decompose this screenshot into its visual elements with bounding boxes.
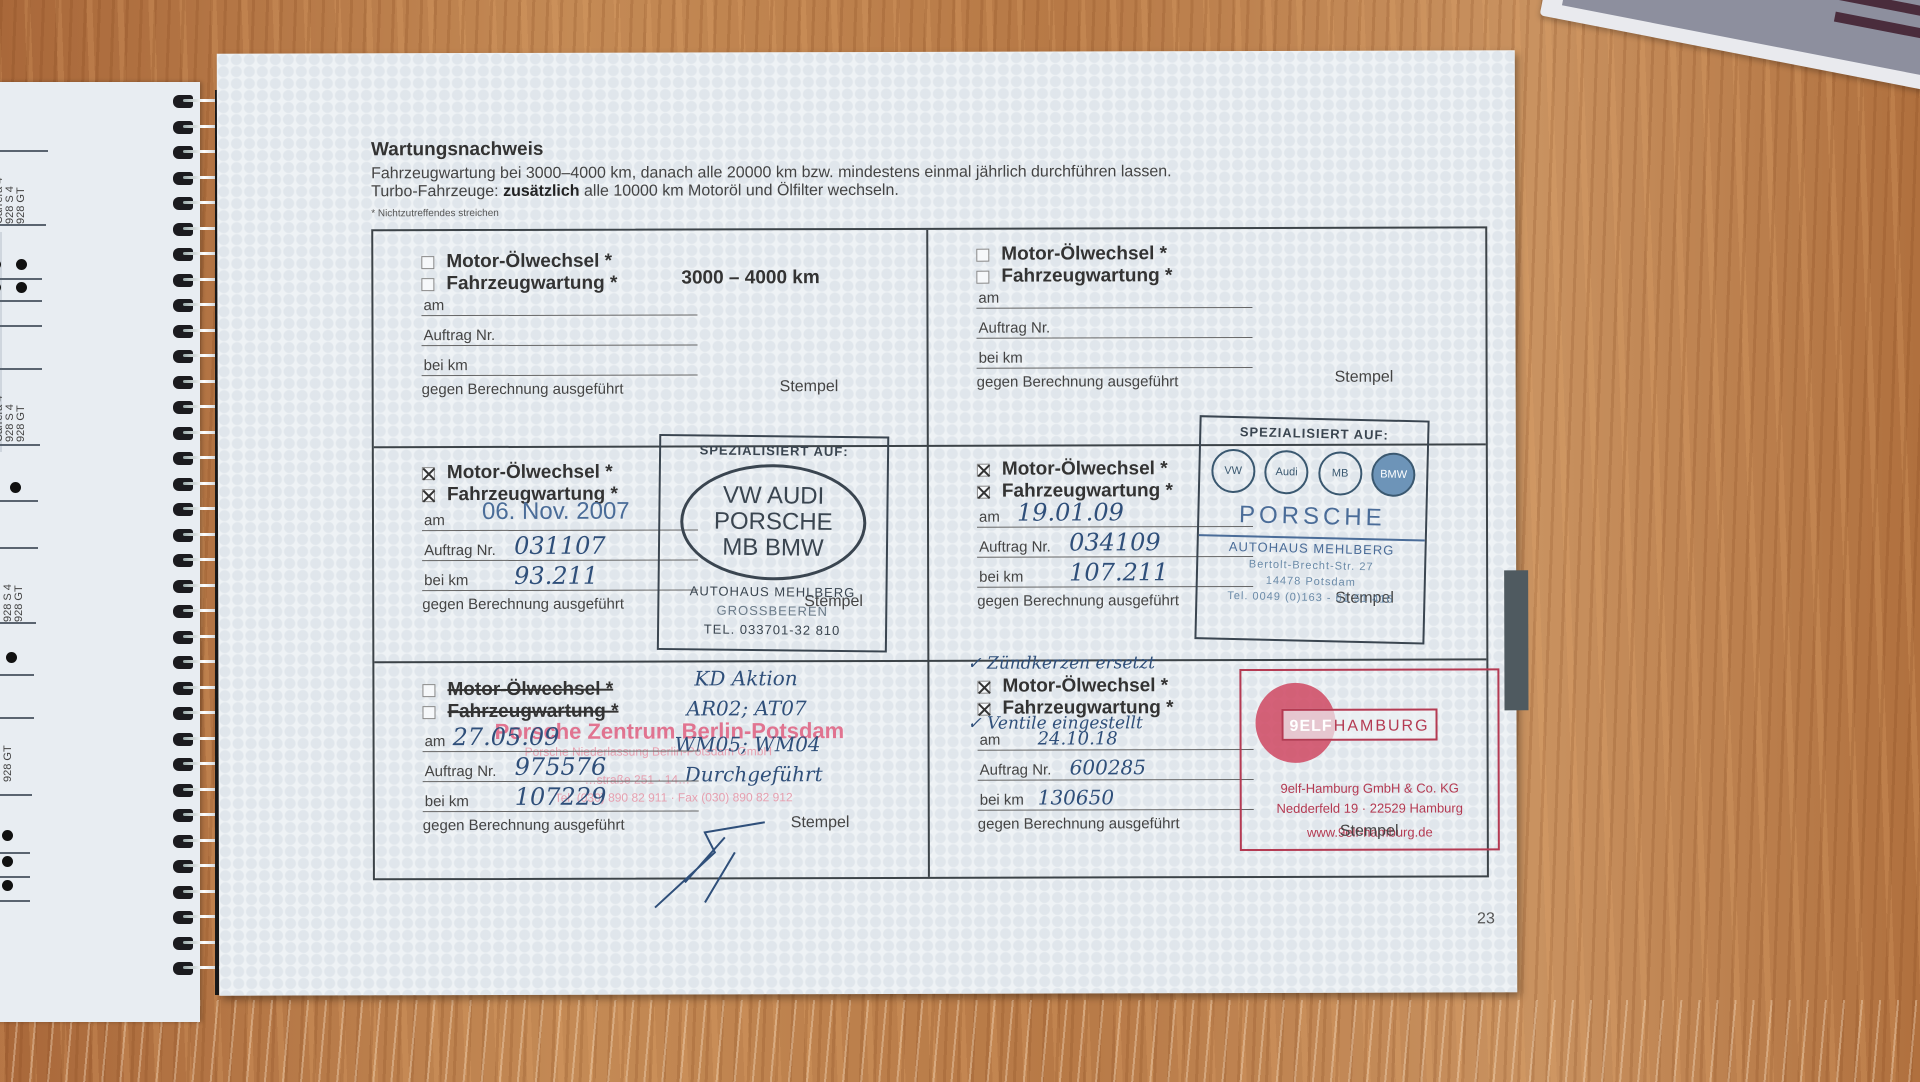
turbo-note-emphasis: zusätzlich (503, 183, 580, 200)
date-field[interactable]: am (421, 292, 697, 316)
left-page-column-label: 928 S 4 928 GT (0, 722, 14, 782)
date-field[interactable]: am06. Nov. 2007 (422, 507, 698, 531)
maintenance-entry-4: Motor-Ölwechsel * Fahrzeugwartung * am19… (929, 445, 1483, 662)
checkbox-service-checked[interactable] (422, 489, 435, 502)
spiral-coil (165, 911, 220, 925)
left-page-column-label: Carrera 4 928 S 4 928 GT (0, 372, 27, 442)
maintenance-entry-5: Motor-Ölwechsel * Fahrzeugwartung * KD A… (374, 662, 928, 879)
spiral-coil (165, 121, 220, 135)
page-title: Wartungsnachweis (371, 139, 544, 161)
porsche-wordmark: PORSCHE (1199, 500, 1426, 533)
mercedes-logo-icon: MB (1318, 451, 1363, 496)
spiral-coil (165, 401, 220, 415)
spiral-coil (165, 707, 220, 721)
date-field[interactable]: am24.10.18 (978, 727, 1254, 751)
spiral-coil (165, 274, 220, 288)
billed-label: gegen Berechnung ausgeführt (978, 815, 1180, 833)
spiral-coil (165, 452, 220, 466)
spiral-coil (165, 962, 220, 976)
turbo-note: Turbo-Fahrzeuge: zusätzlich alle 10000 k… (371, 182, 899, 201)
maintenance-entry-2: Motor-Ölwechsel * Fahrzeugwartung * am A… (928, 228, 1482, 445)
spiral-coil (165, 248, 220, 262)
spiral-coil (165, 146, 220, 160)
checkbox-oil-change[interactable] (422, 684, 435, 697)
spiral-coil (165, 682, 220, 696)
checkbox-service-checked[interactable] (977, 485, 990, 498)
signature-icon (645, 812, 785, 912)
date-field[interactable]: am27.05.09 (423, 728, 699, 752)
left-page-column-label: Carrera 4 928 S 4 928 GT (0, 552, 25, 622)
spiral-coil (165, 325, 220, 339)
maintenance-entry-1: Motor-Ölwechsel * Fahrzeugwartung * 3000… (373, 230, 927, 447)
checkbox-oil-change-checked[interactable] (977, 680, 990, 693)
checkbox-oil-change-checked[interactable] (422, 467, 435, 480)
footnote: * Nichtzutreffendes streichen (371, 208, 499, 219)
spiral-coil (165, 656, 220, 670)
oil-change-option-struck[interactable]: Motor-Ölwechsel * (422, 679, 613, 701)
billed-label: gegen Berechnung ausgeführt (422, 381, 624, 399)
stamp-label: Stempel (780, 378, 839, 396)
vw-logo-icon: VW (1211, 448, 1256, 493)
km-field[interactable]: bei km (977, 345, 1253, 369)
spiral-coil (165, 350, 220, 364)
brand-logos: VW Audi MB BMW (1206, 448, 1421, 497)
order-number-field[interactable]: Auftrag Nr. (421, 322, 697, 346)
maintenance-entry-6: ✓ Zündkerzen ersetzt Motor-Ölwechsel * F… (929, 660, 1483, 877)
intro-text: Fahrzeugwartung bei 3000–4000 km, danach… (371, 163, 1172, 183)
9elf-brand: 9ELF HAMBURG (1281, 709, 1437, 741)
billed-label: gegen Berechnung ausgeführt (977, 592, 1179, 610)
checkbox-service[interactable] (976, 270, 989, 283)
handwritten-note: Durchgeführt (685, 762, 823, 786)
spiral-coil (165, 299, 220, 313)
oil-change-option[interactable]: Motor-Ölwechsel * (421, 251, 612, 273)
date-field[interactable]: am (976, 285, 1252, 309)
spiral-coil (165, 758, 220, 772)
spiral-coil (165, 605, 220, 619)
handwritten-note: ✓ Zündkerzen ersetzt (967, 653, 1155, 673)
turbo-note-suffix: alle 10000 km Motoröl und Ölfilter wechs… (584, 182, 899, 200)
stamp-label: Stempel (1340, 823, 1399, 841)
other-booklet-corner (1540, 0, 1920, 103)
maintenance-grid: Motor-Ölwechsel * Fahrzeugwartung * 3000… (371, 226, 1489, 880)
km-field[interactable]: bei km (422, 352, 698, 376)
spiral-coil (165, 733, 220, 747)
order-number-field[interactable]: Auftrag Nr.975576 (423, 758, 699, 782)
oil-change-option[interactable]: Motor-Ölwechsel * (977, 458, 1168, 480)
spiral-coil (165, 580, 220, 594)
spiral-coil (165, 835, 220, 849)
spiral-coil (165, 554, 220, 568)
page-number: 23 (1477, 910, 1495, 928)
bmw-logo-icon: BMW (1371, 452, 1416, 497)
spiral-coil (165, 172, 220, 186)
spiral-coil (165, 860, 220, 874)
oil-change-option[interactable]: Motor-Ölwechsel * (977, 675, 1168, 697)
checkbox-service[interactable] (422, 706, 435, 719)
spiral-coil (165, 376, 220, 390)
left-page-column-label: Carrera 4 928 S 4 928 GT (0, 154, 27, 224)
spiral-coil (165, 95, 220, 109)
page-index-tab (1504, 570, 1528, 710)
stamp-label: Stempel (1335, 369, 1394, 387)
order-number-field[interactable]: Auftrag Nr.031107 (422, 537, 698, 561)
handwritten-note: KD Aktion (694, 666, 797, 690)
km-field[interactable]: bei km130650 (978, 787, 1254, 811)
order-number-field[interactable]: Auftrag Nr.600285 (978, 757, 1254, 781)
spiral-coil (165, 631, 220, 645)
spiral-coil (165, 478, 220, 492)
spiral-coil (165, 503, 220, 517)
billed-label: gegen Berechnung ausgeführt (423, 817, 625, 835)
maintenance-record-page: Wartungsnachweis Fahrzeugwartung bei 300… (217, 50, 1517, 995)
km-field[interactable]: bei km107229 (423, 788, 699, 812)
spiral-coil (165, 784, 220, 798)
spiral-coil (165, 197, 220, 211)
billed-label: gegen Berechnung ausgeführt (977, 373, 1179, 391)
checkbox-oil-change-checked[interactable] (977, 463, 990, 476)
oil-change-option[interactable]: Motor-Ölwechsel * (422, 462, 613, 484)
spiral-coil (165, 427, 220, 441)
dealer-stamp-mehlberg-potsdam: SPEZIALISIERT AUF: VW Audi MB BMW PORSCH… (1194, 415, 1429, 644)
audi-logo-icon: Audi (1264, 450, 1309, 495)
stamp-label: Stempel (791, 814, 850, 832)
turbo-note-prefix: Turbo-Fahrzeuge: (371, 183, 499, 200)
maintenance-entry-3: Motor-Ölwechsel * Fahrzeugwartung * am06… (374, 447, 928, 664)
interval-note: 3000 – 4000 km (681, 267, 819, 289)
billed-label: gegen Berechnung ausgeführt (422, 596, 624, 614)
order-number-field[interactable]: Auftrag Nr. (976, 315, 1252, 339)
brand-oval: VW AUDI PORSCHE MB BMW (680, 463, 867, 581)
spiral-coil (165, 809, 220, 823)
wood-table-surface (0, 1000, 1920, 1082)
spiral-coil (165, 529, 220, 543)
checkbox-service[interactable] (421, 278, 434, 291)
checkbox-oil-change[interactable] (421, 256, 434, 269)
spiral-coil (165, 223, 220, 237)
dealer-stamp-mehlberg-grossbeeren: SPEZIALISIERT AUF: VW AUDI PORSCHE MB BM… (657, 434, 889, 653)
handwritten-note: AR02; AT07 (686, 696, 806, 720)
checkbox-oil-change[interactable] (976, 248, 989, 261)
spiral-coil (165, 886, 220, 900)
spiral-coil (165, 937, 220, 951)
oil-change-option[interactable]: Motor-Ölwechsel * (976, 243, 1167, 265)
